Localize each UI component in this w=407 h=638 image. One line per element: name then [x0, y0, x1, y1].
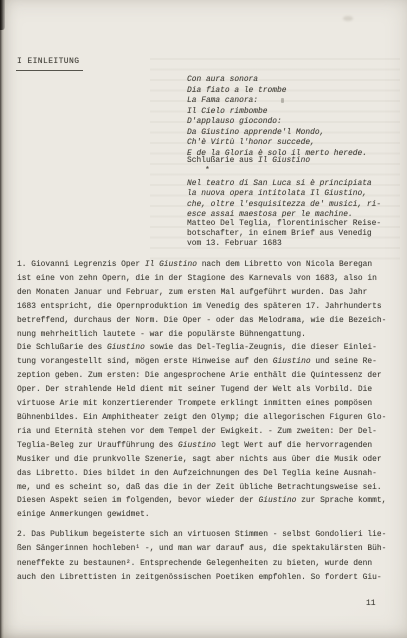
body-paragraph-2: 2. Das Publikum begeisterte sich an virt… — [17, 528, 386, 585]
text-line: Nel teatro di San Luca si è principiata — [187, 179, 381, 189]
text-line: che, oltre l'esquisitezza de' musici, ri… — [187, 200, 381, 210]
text-line: auch den Librettisten in zeitgenössische… — [17, 571, 386, 585]
text-line: 1683 entspricht, die Opernproduktion im … — [17, 300, 386, 314]
text-line: la nuova opera intitolata Il Giustino, — [187, 189, 381, 199]
scan-edge-artifact — [0, 0, 4, 638]
text-line: botschafter, in einem Brief aus Venedig — [187, 229, 381, 239]
text-line: Die Schlußarie des Giustino sowie das De… — [17, 341, 386, 355]
page-number: 11 — [366, 599, 376, 608]
text-line: Da Giustino apprende'l Mondo, — [187, 128, 367, 139]
text-segment: Schlußarie aus — [187, 156, 258, 165]
text-line: nung mehrheitlich lautete - war die popu… — [17, 328, 386, 342]
text-segment: tung vorangestellt sind, mögen erste Hin… — [17, 357, 273, 366]
body-paragraph-1: 1. Giovanni Legrenzis Oper Il Giustino n… — [17, 258, 386, 522]
text-line: Diesen Aspekt seien im folgenden, bevor … — [17, 494, 386, 508]
text-line: me, und es scheint so, daß das die in de… — [17, 481, 386, 495]
text-line: Bühnenbildes. Ein Amphitheater zeigt den… — [17, 411, 386, 425]
italic-title-text: Giustino — [273, 357, 311, 366]
text-line: betreffend, durchaus der Norm. Die Oper … — [17, 314, 386, 328]
text-line: neneffekte zu bestaunen². Entsprechende … — [17, 557, 386, 571]
text-segment: und seine Re- — [311, 357, 377, 366]
italic-title-text: Giustino — [178, 441, 216, 450]
text-line: vom 13. Februar 1683 — [187, 239, 381, 249]
text-segment: Diesen Aspekt seien im folgenden, bevor … — [17, 496, 259, 505]
text-segment: Die Schlußarie des — [17, 343, 107, 352]
text-line: Matteo Del Teglia, florentinischer Reise… — [187, 219, 381, 229]
text-line: einige Anmerkungen gewidmet. — [17, 508, 386, 522]
text-segment: 1. Giovanni Legrenzis Oper — [17, 260, 145, 269]
italic-title-text: Giustino — [107, 343, 145, 352]
epigraph-caption: Schlußarie aus Il Giustino — [187, 156, 310, 165]
text-line: Ch'è Virtù l'honor succede, — [187, 138, 367, 149]
text-line: ria und Eternità stehen vor dem Tempel d… — [17, 425, 386, 439]
text-line: Dia fiato a le trombe — [187, 86, 367, 97]
scanned-page: I EINLEITUNG Con aura sonoraDia fiato a … — [0, 0, 407, 638]
scan-corner-artifact — [0, 0, 5, 30]
quote-attribution: Matteo Del Teglia, florentinischer Reise… — [187, 219, 381, 250]
text-line: Con aura sonora — [187, 75, 367, 86]
text-line: 1. Giovanni Legrenzis Oper Il Giustino n… — [17, 258, 386, 272]
text-line: La Fama canora: — [187, 96, 367, 107]
text-line: tung vorangestellt sind, mögen erste Hin… — [17, 355, 386, 369]
italic-title-text: Il Giustino — [145, 260, 197, 269]
text-line: Musiker und die prunkvolle Szenerie, sag… — [17, 453, 386, 467]
text-line: ist eine von zehn Opern, die in der Stag… — [17, 272, 386, 286]
text-line: Teglia-Beleg zur Uraufführung des Giusti… — [17, 439, 386, 453]
text-segment: zur Sprache kommt, — [296, 496, 386, 505]
text-line: 2. Das Publikum begeisterte sich an virt… — [17, 528, 386, 542]
italic-title-text: Giustino — [259, 496, 297, 505]
text-segment: Teglia-Beleg zur Uraufführung des — [17, 441, 178, 450]
text-line: virtuose Arie mit konzertierender Trompe… — [17, 397, 386, 411]
text-line: ßen Sängerinnen hochleben¹ -, und man wa… — [17, 542, 386, 556]
text-line: zeption geben. Zum ersten: Die angesproc… — [17, 369, 386, 383]
text-line: den Monaten Januar und Februar, zum erst… — [17, 286, 386, 300]
epigraph-poem: Con aura sonoraDia fiato a le trombeLa F… — [187, 75, 367, 159]
text-segment: nach dem Libretto von Nicola Beregan — [197, 260, 372, 269]
separator-asterisk: * — [205, 166, 210, 175]
text-line: Oper. Der strahlende Held dient mit sein… — [17, 383, 386, 397]
text-segment: legt Wert auf die hervorragenden — [216, 441, 372, 450]
italic-title-text: Il Giustino — [258, 156, 310, 165]
paper-smudge — [343, 16, 353, 21]
chapter-heading: I EINLEITUNG — [16, 57, 83, 71]
text-line: D'applauso giocondo: — [187, 117, 367, 128]
epigraph-quote: Nel teatro di San Luca si è principiatal… — [187, 179, 381, 221]
text-line: Il Cielo rimbombe — [187, 107, 367, 118]
text-segment: sowie das Del-Teglia-Zeugnis, die dieser… — [145, 343, 377, 352]
text-line: das Libretto. Dies bildet in den Aufzeic… — [17, 467, 386, 481]
